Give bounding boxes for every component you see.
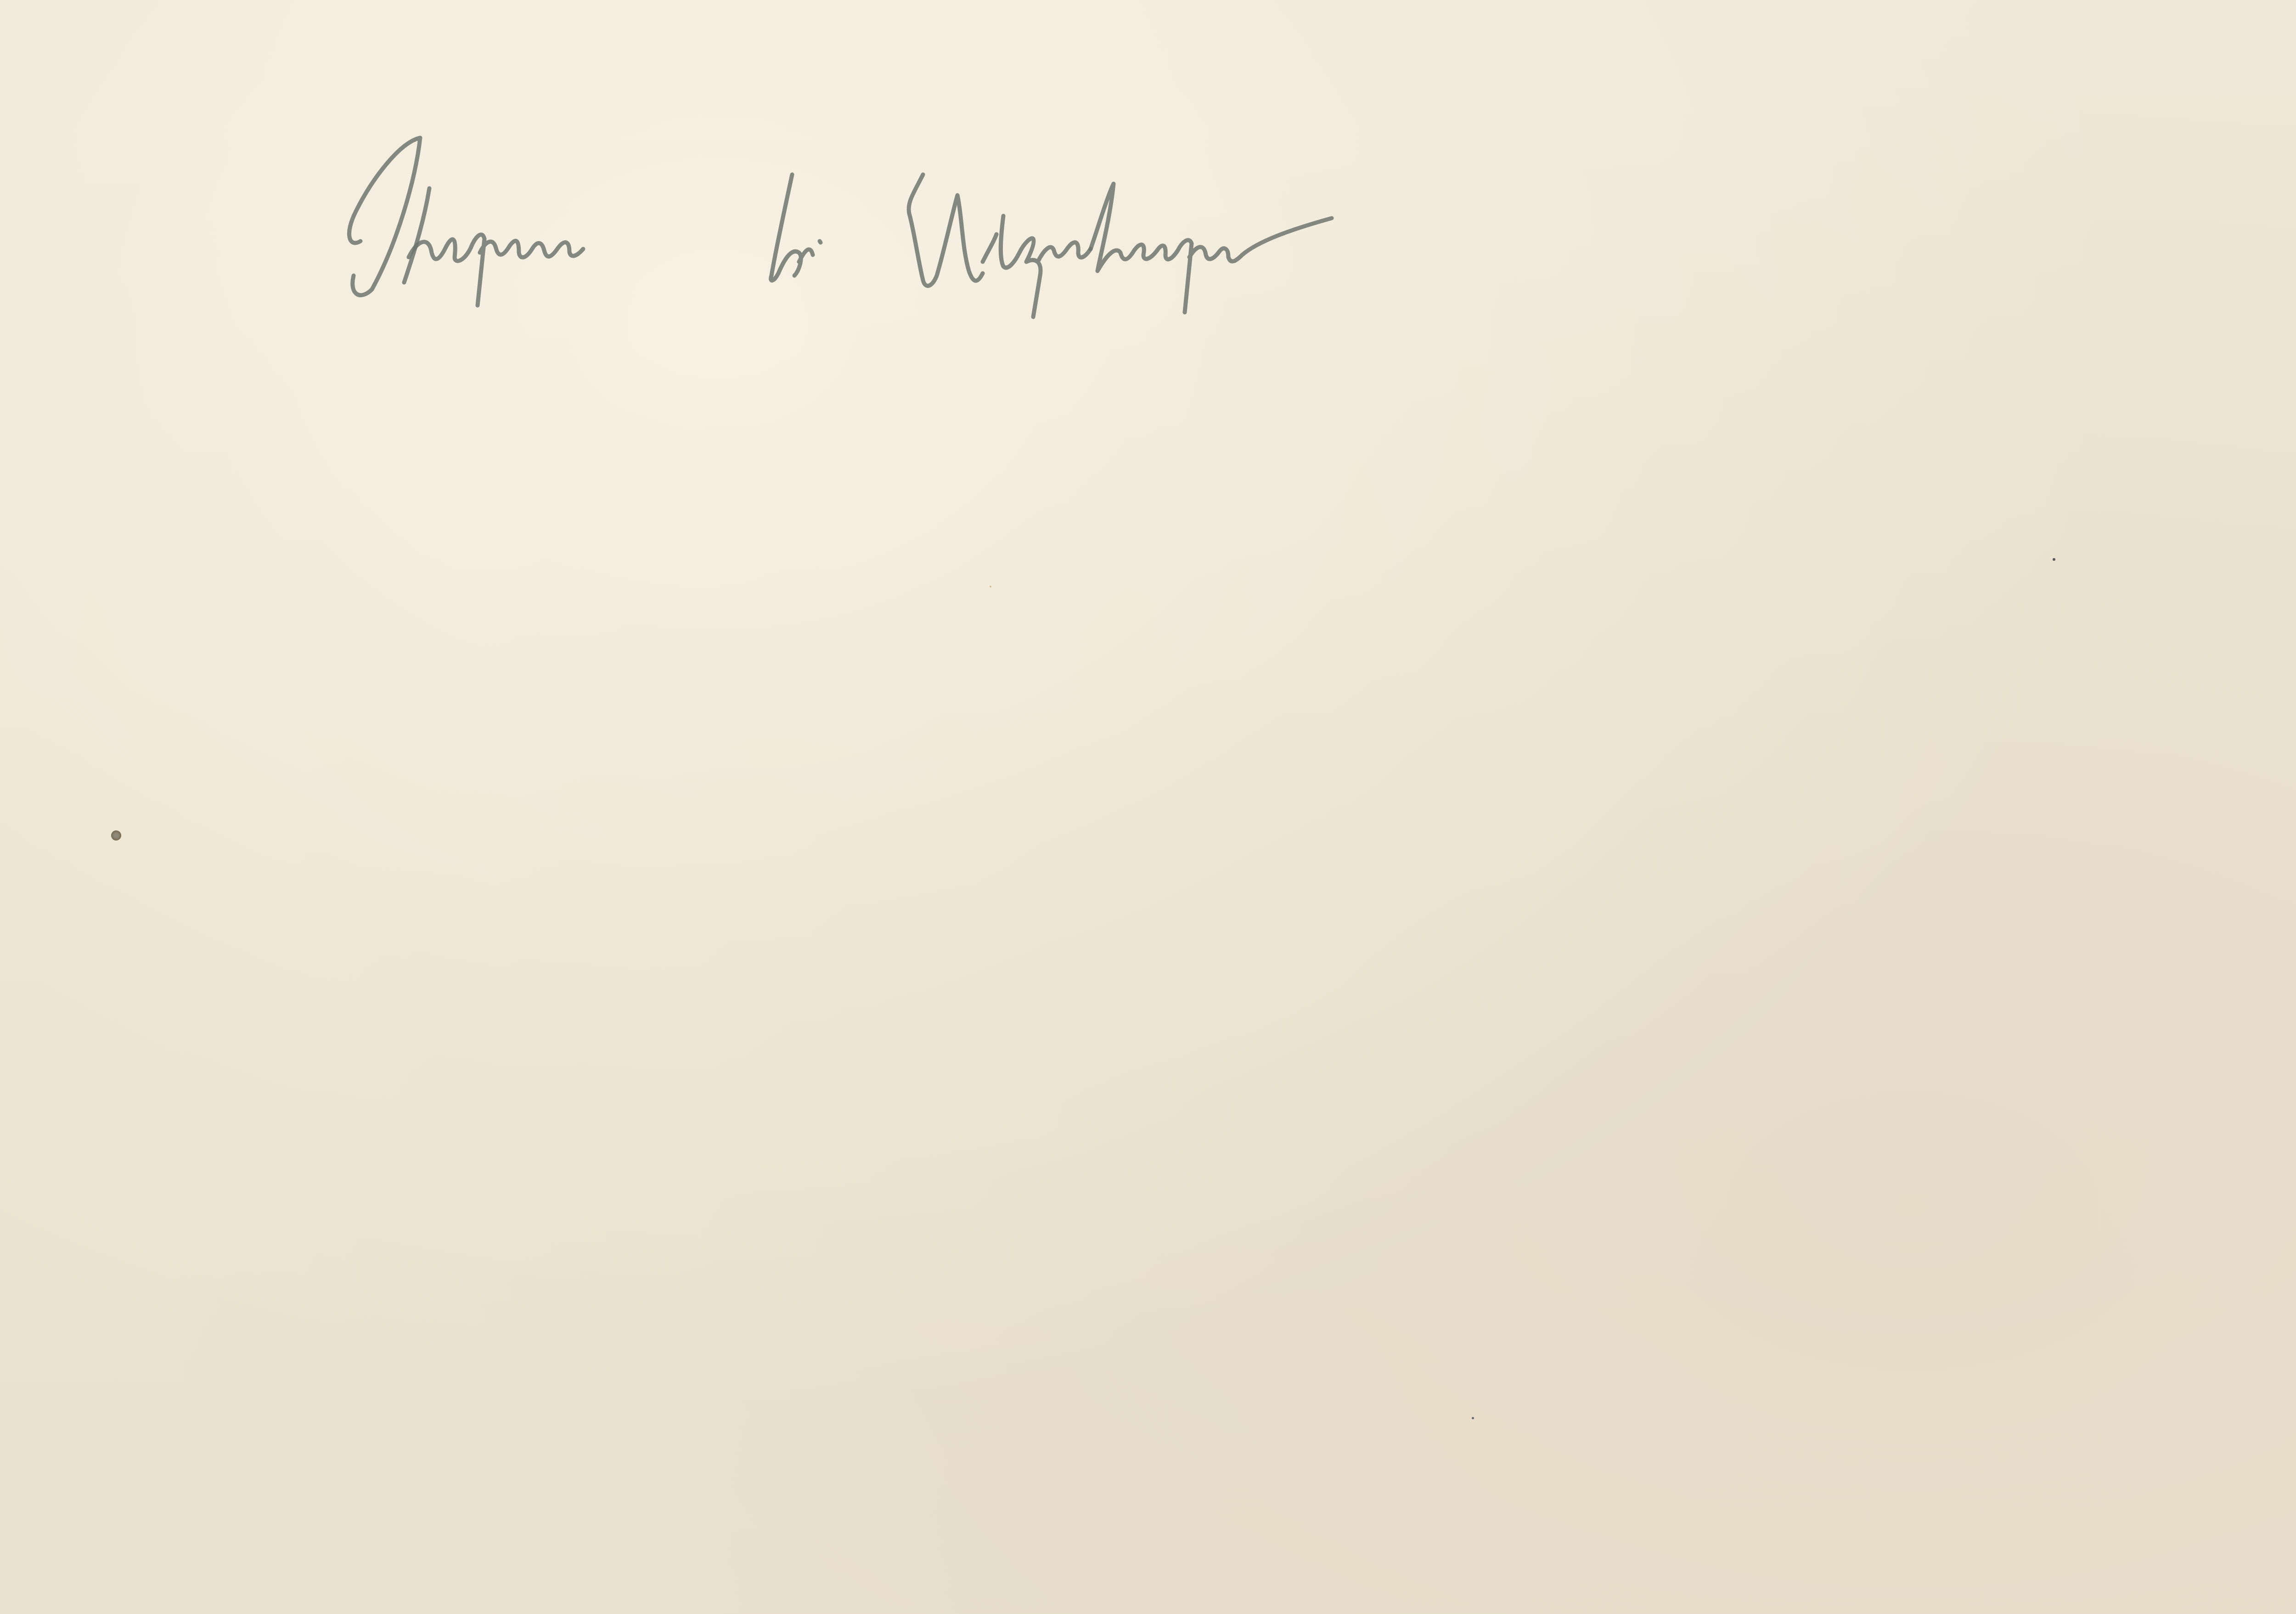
paper-speck: [1472, 1417, 1474, 1419]
card-paper: Hanstein bei Witzenhausen: [0, 0, 2296, 1614]
word-bei: [771, 175, 821, 281]
paper-fiber: [990, 586, 991, 587]
handwriting-strokes: [317, 124, 1694, 299]
paper-speck: [2053, 558, 2055, 561]
paper-speck: [111, 830, 121, 841]
word-witzenhausen: [909, 175, 1332, 317]
word-hanstein: [349, 138, 583, 305]
handwritten-inscription: Hanstein bei Witzenhausen: [317, 124, 1694, 299]
